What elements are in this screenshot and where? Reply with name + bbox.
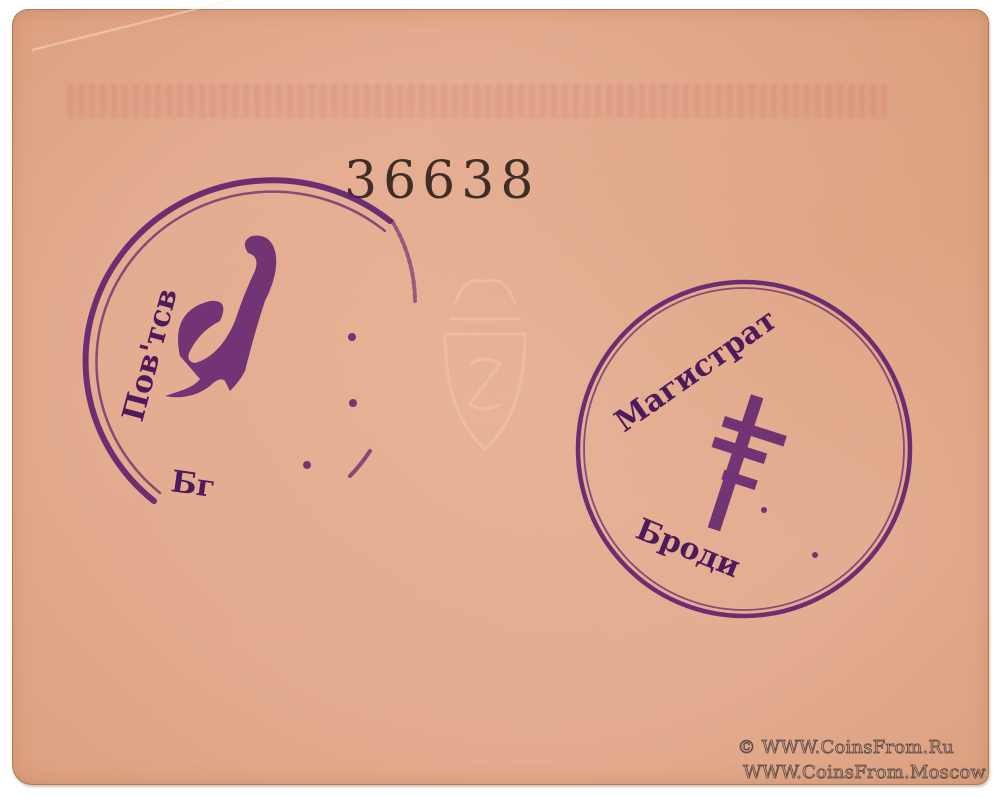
- stamp-district-brody: Пов'тсв Бг: [70, 181, 415, 516]
- copyright-watermark-line2: WWW.CoinsFrom.Moscow: [743, 762, 986, 783]
- stamp-left-top-text: Пов'тсв: [116, 285, 185, 426]
- stamp-magistrate-brody: Магистрат Броди: [572, 275, 917, 623]
- stamp-right-bottom-text: Броди: [631, 512, 745, 585]
- crowned-shield-watermark-icon: [430, 264, 540, 459]
- paper-crease: [32, 0, 324, 51]
- copyright-watermark-line1: © WWW.CoinsFrom.Ru: [738, 737, 954, 758]
- faded-printed-band: [67, 84, 887, 118]
- stamp-left-bottom-text: Бг: [169, 464, 217, 505]
- banknote-reverse: 36638 Пов'тсв Бг: [12, 9, 989, 785]
